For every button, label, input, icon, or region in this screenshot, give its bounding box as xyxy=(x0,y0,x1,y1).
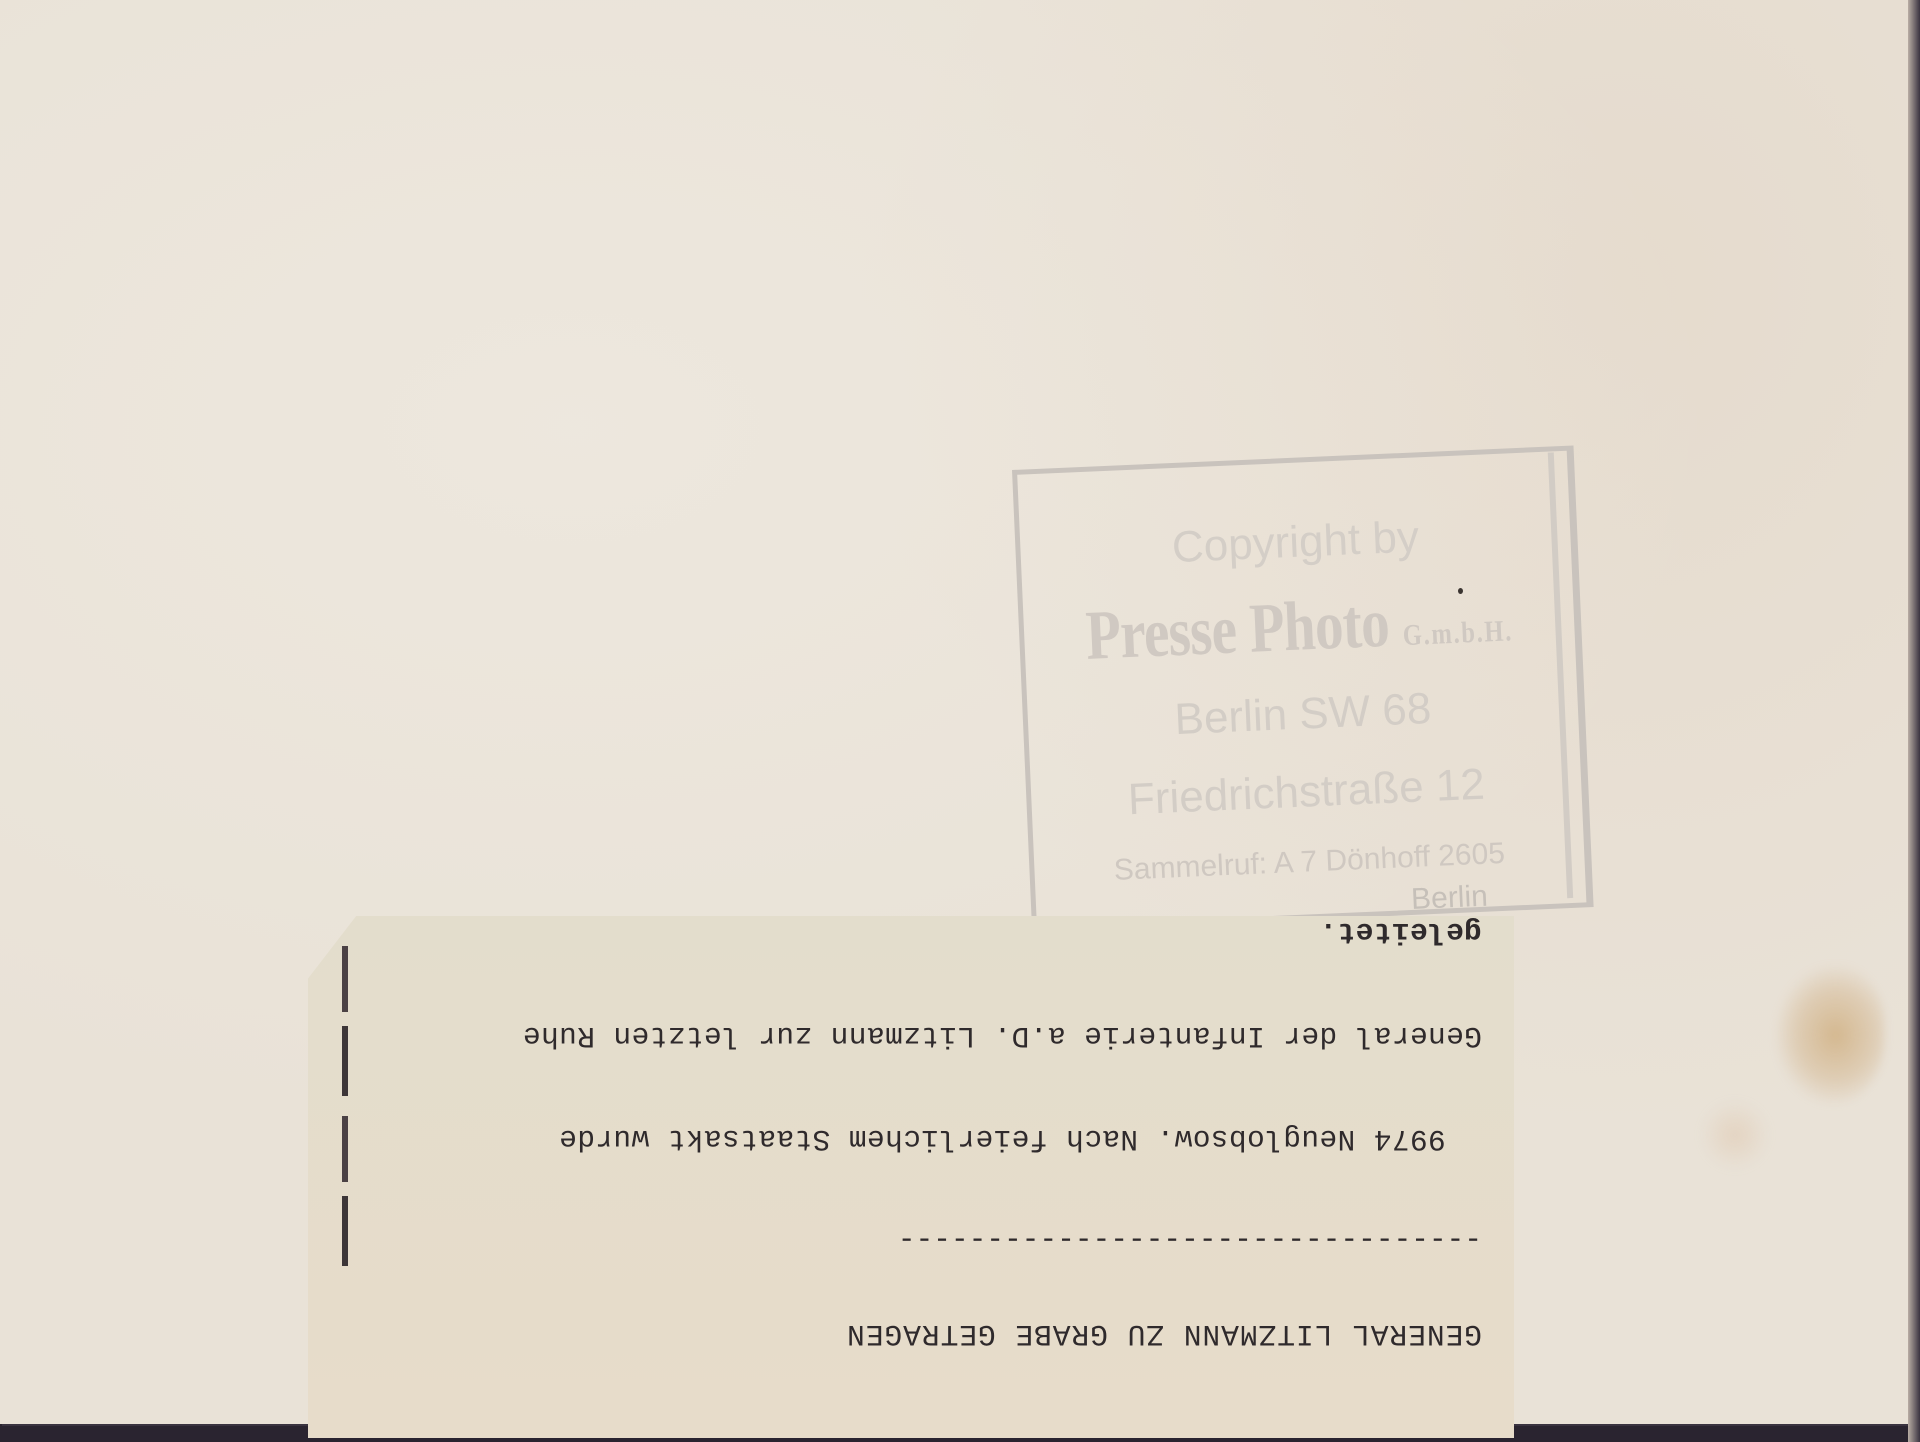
stamp-company: Presse Photo xyxy=(1084,585,1390,675)
copyright-stamp: Copyright by Presse Photo G.m.b.H. Berli… xyxy=(1012,446,1592,940)
caption-line: Reichsminister Goebbels. xyxy=(342,398,1482,433)
paper-stain xyxy=(1775,965,1885,1105)
caption-archive-number: tg 110 xyxy=(342,191,1482,226)
paper-stain-faint xyxy=(1700,1100,1770,1170)
stamp-company-suffix: G.m.b.H. xyxy=(1402,614,1514,652)
caption-headline: GENERAL LITZMANN ZU GRABE GETRAGEN xyxy=(342,1317,1482,1352)
caption-label: GENERAL LITZMANN ZU GRABE GETRAGEN -----… xyxy=(308,916,1514,1438)
background-edge xyxy=(1908,0,1920,1442)
caption-line: geleitet. xyxy=(342,915,1482,950)
caption-line: 9974 Neuglobsow. Nach feierlichem Staats… xyxy=(342,1122,1482,1157)
stamp-city-footer: Berlin xyxy=(1410,877,1551,917)
caption-label-rotated: GENERAL LITZMANN ZU GRABE GETRAGEN -----… xyxy=(308,916,1514,1438)
photo-back-sheet: Copyright by Presse Photo G.m.b.H. Berli… xyxy=(0,0,1908,1424)
caption-copyright-line: COPYRIGHT BY PRESSE PHOTO GMBH BERLIN 3.… xyxy=(342,294,1482,329)
caption-headline-underline: --------------------------------- xyxy=(342,1234,1482,1248)
caption-line: General der Infanterie a.D. Litzmann zur… xyxy=(342,1019,1482,1054)
